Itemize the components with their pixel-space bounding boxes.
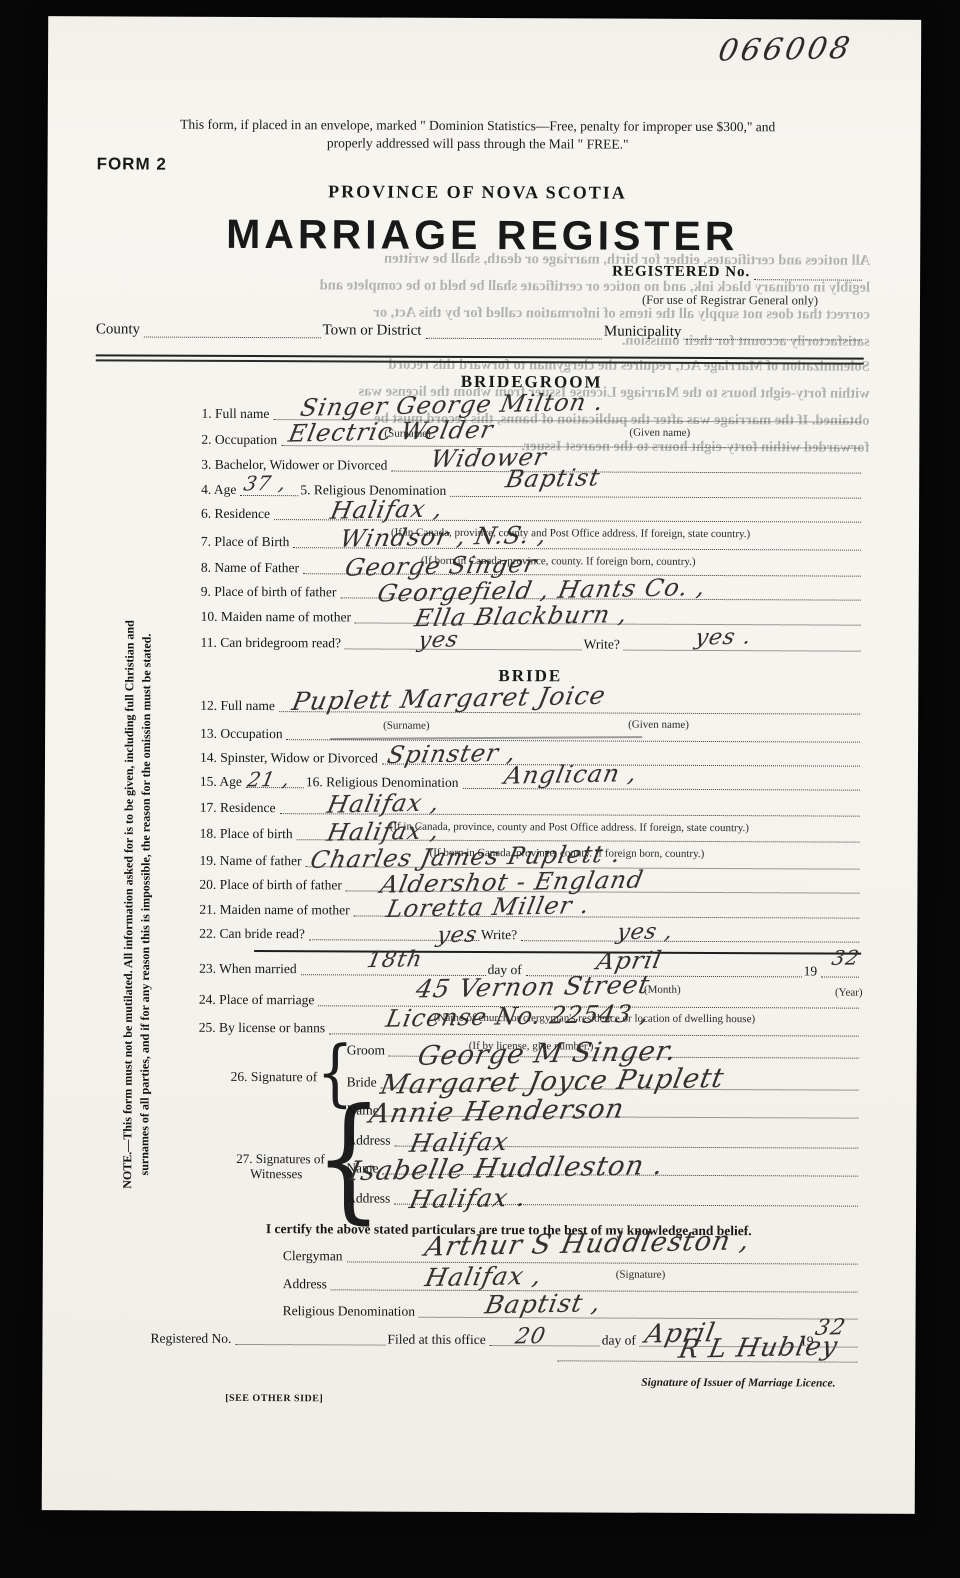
hw-marriage-place: 45 Vernon Street [414,972,652,1002]
municipality-label: Municipality [604,325,684,341]
hw-clergyman-signature: Arthur S Huddleston , [422,1227,752,1260]
dotted-line [425,336,601,340]
hw-bg-mother: Ella Blackburn , [413,602,630,630]
hw-br-full-name: Puplett Margaret Joice [290,683,608,714]
field-label: 6. Residence [201,507,272,521]
field-label: 23. When married [199,962,299,977]
field-label: 13. Occupation [200,727,285,742]
hw-bg-birthplace: Windsor , N.S. , [338,523,549,551]
hw-br-residence: Halifax , [325,790,442,816]
hw-br-status: Spinster , [385,741,518,768]
dotted-line [144,334,320,338]
hw-bg-can-write: yes . [693,627,753,650]
field-br-residence: 17. Residence [200,801,862,818]
form-number-label: FORM 2 [97,154,167,174]
dotted-line [754,277,862,280]
field-label: 20. Place of birth of father [199,878,344,893]
province-heading: PROVINCE OF NOVA SCOTIA [182,181,772,205]
field-label: 17. Residence [200,801,278,816]
hw-license-number: License No. 22543 , [384,1002,652,1031]
address-label: Address [283,1277,329,1291]
vertical-note-line1: NOTE.—This form must not be mutilated. A… [119,514,139,1294]
hw-filed-day: 20 [513,1326,547,1349]
field-br-occupation: 13. Occupation [200,727,862,744]
field-label: 25. By license or banns [199,1021,327,1036]
hw-bg-occupation: Electric Welder [287,418,496,446]
hw-br-denomination: Anglican , [502,761,639,788]
field-label: 21. Maiden name of mother [199,903,351,918]
handwritten-corner-number: 066008 [716,34,855,67]
sig26-label: 26. Signature of [231,1069,318,1085]
field-label: 11. Can bridegroom read? [200,636,343,651]
vertical-note-line2: surnames of all parties, and if for any … [136,515,156,1295]
field-label: 12. Full name [200,699,277,714]
issuer-signature-label: Signature of Issuer of Marriage Licence. [641,1377,835,1390]
county-label: County [96,322,142,338]
dotted-line [450,494,861,499]
mail-note-line1: This form, if placed in an envelope, mar… [133,116,823,135]
write-label: Write? [584,637,622,651]
field-bg-literacy: 11. Can bridegroom read? Write? [200,636,862,653]
dotted-line [490,1343,600,1346]
filed-label: Filed at this office [387,1333,487,1348]
hw-bride-signature: Margaret Joyce Puplett [378,1065,726,1099]
sig27-label-2: Witnesses [250,1166,302,1182]
registered-no-sublabel: (For use of Registrar General only) [642,293,818,309]
write-label: Write? [481,928,519,942]
hw-clergyman-address: Halifax , [423,1263,544,1290]
registered-no-label: REGISTERED No. [612,265,752,281]
scanned-marriage-register: 066008 All notices and certificates, eit… [0,0,960,1578]
hw-br-birthplace: Halifax , [325,818,442,844]
hw-witness1-address: Halifax [408,1129,511,1156]
see-other-side-note: [SEE OTHER SIDE] [225,1393,323,1404]
dotted-line [235,1342,385,1346]
year-prefix: 19 [804,964,820,978]
day-of-label: day of [602,1334,638,1348]
paper-tilt-wrap: 066008 All notices and certificates, eit… [0,0,960,1578]
hw-bg-father: George Singer [343,552,539,580]
location-row: County Town or District Municipality [96,322,864,341]
hw-witness2-address: Halifax . [407,1185,528,1212]
field-label: 19. Name of father [200,854,304,869]
field-label: 2. Occupation [201,433,279,448]
hw-bg-age: 37 , [242,473,288,494]
field-label: 9. Place of birth of father [201,585,339,600]
vertical-note: NOTE.—This form must not be mutilated. A… [119,514,156,1294]
field-label: 3. Bachelor, Widower or Divorced [201,458,389,473]
hw-married-day: 18th [365,949,425,972]
dotted-line [821,975,859,978]
dotted-line [685,337,861,341]
field-label: 4. Age [201,483,238,497]
field-label: 14. Spinster, Widow or Divorced [200,751,380,766]
denomination-label: Religious Denomination [283,1304,417,1319]
hw-bg-can-read: yes [416,629,460,652]
registered-no-row: REGISTERED No. [612,265,864,282]
hw-witness1-name: Annie Henderson [367,1096,627,1128]
field-br-literacy: 22. Can bride read? Write? [199,927,861,944]
hw-married-year: 32 [830,947,861,968]
field-label: 8. Name of Father [201,561,301,576]
field-label: 24. Place of marriage [199,993,317,1008]
hw-bg-residence: Halifax , [329,496,446,522]
town-label: Town or District [322,323,423,339]
hw-issuer-signature: R L Hubley [677,1334,841,1363]
dotted-line [521,938,859,942]
field-label: 10. Maiden name of mother [201,610,353,625]
page-title: MARRIAGE REGISTER [122,210,842,260]
hw-witness2-name: Isabelle Huddleston . [347,1152,666,1185]
groom-label: Groom [347,1043,387,1057]
hw-br-age: 21 , [246,769,292,790]
field-label: 7. Place of Birth [201,535,292,550]
address-label: Address [346,1191,392,1205]
field-label: 15. Age [200,775,244,789]
mail-note-line2: properly addressed will pass through the… [133,134,823,153]
hw-bg-full-name: Singer George Milton . [298,390,606,420]
hw-br-can-read: yes [435,925,479,948]
clergyman-label: Clergyman [283,1249,345,1263]
field-label: 1. Full name [201,407,271,421]
hw-br-mother: Loretta Miller . [385,893,592,921]
hw-br-can-write: yes , [615,921,675,944]
registered-label: Registered No. [150,1332,233,1347]
field-label: 18. Place of birth [200,827,295,842]
field-label: 22. Can bride read? [199,927,307,942]
sig27-label-1: 27. Signatures of [236,1151,325,1167]
dotted-line [345,647,582,651]
hw-bg-denomination: Baptist [504,465,603,491]
address-label: Address [346,1133,392,1147]
hw-clergyman-denomination: Baptist , [483,1290,603,1317]
